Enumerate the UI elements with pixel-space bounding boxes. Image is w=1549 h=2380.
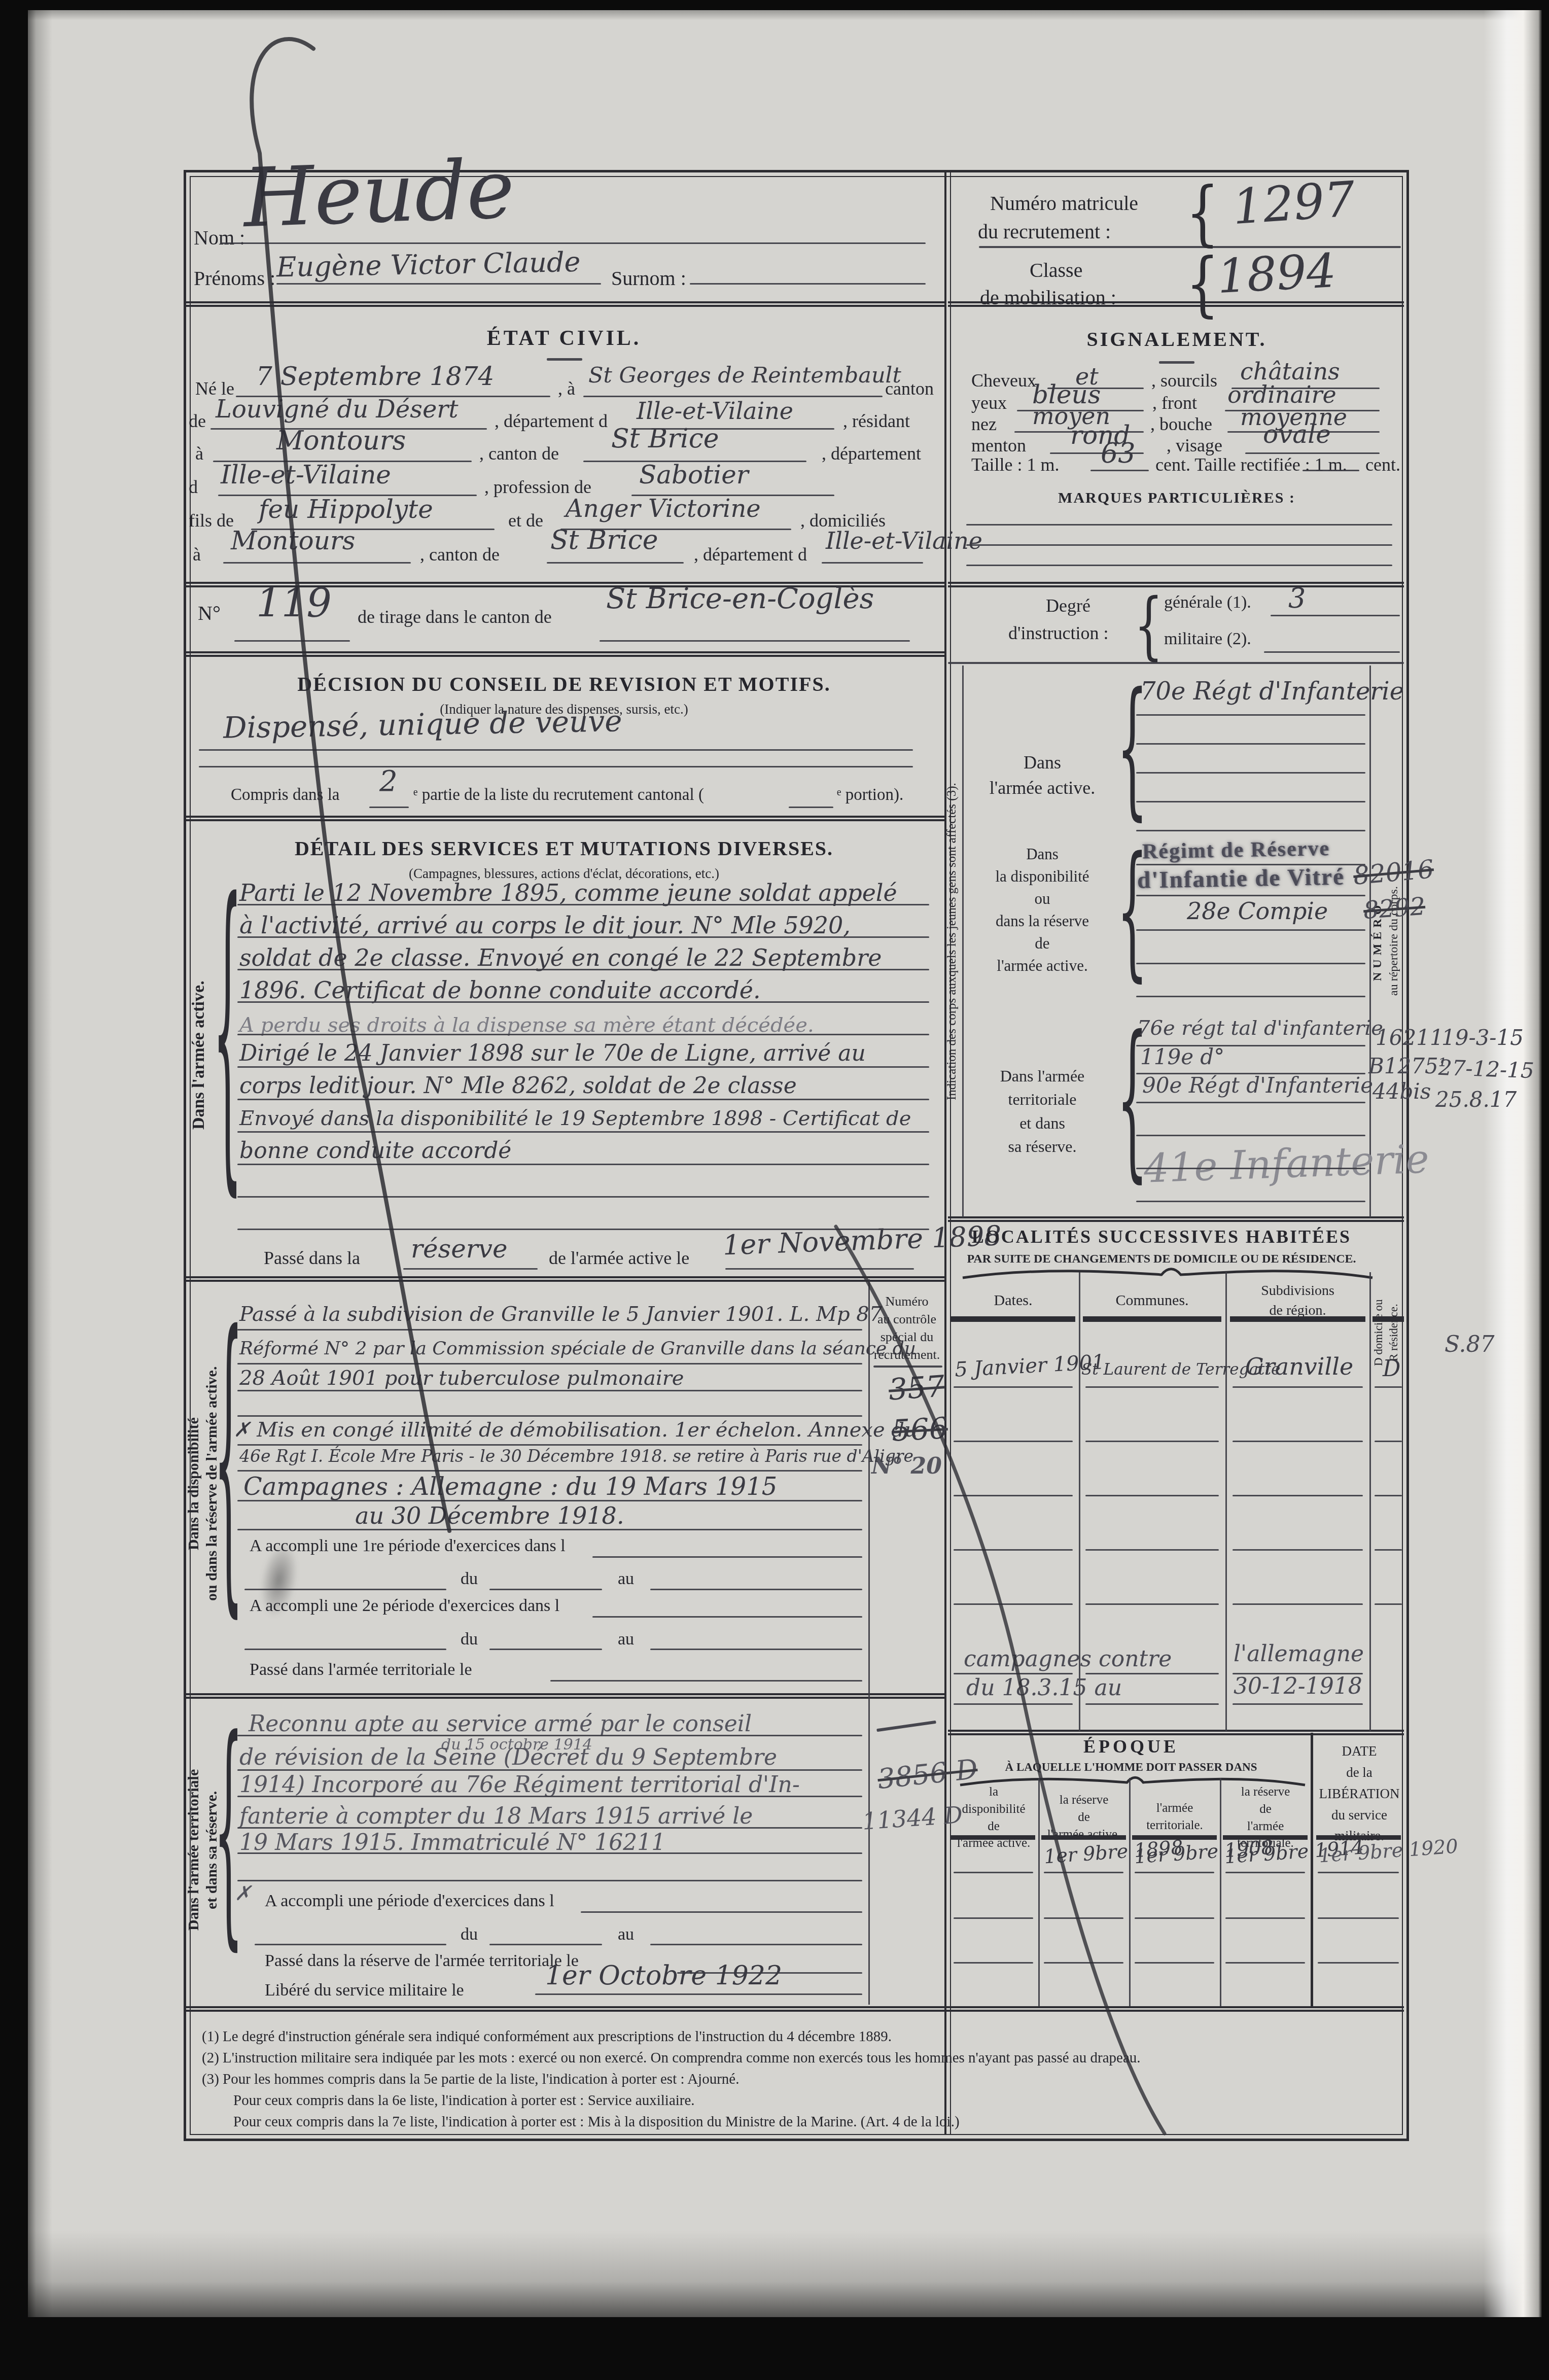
du-label: du	[461, 1926, 478, 1944]
divider	[948, 1216, 1404, 1218]
corps-compagnie: 28e Compie	[1187, 899, 1328, 923]
corps-terr-num3: 44bis	[1372, 1080, 1431, 1103]
de-label: de	[189, 412, 206, 431]
prenoms-value: Eugène Victor Claude	[276, 248, 581, 282]
rule	[1233, 1673, 1363, 1674]
rule	[1318, 1962, 1399, 1964]
rule	[1225, 1872, 1305, 1873]
rule	[1136, 772, 1365, 774]
libere-value: 1er Octobre 1922	[545, 1962, 782, 1990]
libere-label: Libéré du service militaire le	[265, 1981, 464, 2000]
corps-active-label: Dans l'armée active.	[969, 750, 1116, 801]
rule	[237, 1363, 862, 1364]
rule	[1085, 1549, 1219, 1551]
rule	[237, 1470, 862, 1472]
rule	[1090, 470, 1149, 471]
corps-terr-date3: 25.8.17	[1435, 1089, 1517, 1111]
brace: {	[214, 1299, 243, 1621]
rule	[690, 283, 926, 285]
commune-residence: Montours	[276, 427, 406, 455]
compris-value: 2	[379, 767, 398, 797]
commune-parents: Montours	[231, 528, 355, 554]
classe-value: 1894	[1216, 247, 1337, 302]
cent-label: cent.	[1365, 456, 1400, 475]
brace: {	[1186, 179, 1219, 249]
rule	[237, 1196, 929, 1198]
departement3: Ille-et-Vilaine	[826, 529, 982, 553]
visage-label: , visage	[1167, 436, 1222, 456]
rule	[966, 565, 1392, 566]
canton-naissance: Louvigné du Désert	[216, 397, 459, 422]
rule	[600, 640, 910, 642]
corps-terr-entry2: 119e d°	[1140, 1046, 1224, 1068]
periode1-label: A accompli une 1re période d'exercices d…	[250, 1537, 566, 1555]
footnote-2: (2) L'instruction militaire sera indiqué…	[202, 2050, 1141, 2066]
divider	[186, 651, 944, 653]
degre-militaire-label: militaire (2).	[1164, 630, 1251, 648]
rule	[954, 1962, 1033, 1964]
residant-label: , résidant	[843, 412, 910, 431]
rule	[1225, 1917, 1305, 1919]
rule	[1245, 452, 1380, 454]
footnote-3: (3) Pour les hommes compris dans la 5e p…	[202, 2072, 739, 2087]
rule	[725, 1268, 914, 1270]
departement-label: , département d	[495, 412, 608, 431]
corps-terr-num2: B1275¹	[1368, 1055, 1447, 1077]
rule	[1085, 1495, 1219, 1496]
repertoire-label-2: au répertoire du corps.	[1388, 670, 1400, 1212]
departement-label: , département	[822, 444, 921, 464]
rule	[581, 1911, 862, 1913]
rule	[1302, 470, 1359, 471]
rule	[650, 1589, 862, 1590]
rule	[489, 1589, 602, 1590]
nom-label: Nom :	[194, 227, 245, 249]
header-bar	[1041, 1835, 1126, 1840]
rule	[789, 807, 833, 808]
rule	[489, 1649, 602, 1650]
rule	[1136, 743, 1365, 745]
flourish	[960, 1264, 1376, 1281]
rule	[237, 1735, 862, 1736]
header-bar	[1372, 1316, 1404, 1322]
service-line: bonne conduite accordé	[239, 1139, 511, 1163]
dispo-line: 28 Août 1901 pour tuberculose pulmonaire	[239, 1368, 684, 1389]
corps-terr-entry3: 90e Régt d'Infanterie	[1142, 1074, 1373, 1097]
rule	[550, 1680, 862, 1682]
brace: {	[1186, 250, 1219, 320]
localites-title: LOCALITÉS SUCCESSIVES HABITÉES	[959, 1228, 1364, 1247]
et-de-label: et de	[508, 511, 543, 531]
epoque-subtitle: À LAQUELLE L'HOMME DOIT PASSER DANS	[959, 1761, 1304, 1773]
corps-num-1: 82016	[1352, 856, 1435, 889]
lieu-naissance: St Georges de Reintembault	[588, 364, 901, 387]
decision-title: DÉCISION DU CONSEIL DE REVISION ET MOTIF…	[209, 674, 919, 695]
departement2: Ille-et-Vilaine	[221, 462, 391, 488]
a-label: à	[193, 545, 201, 565]
passe-reserve-value1: réserve	[411, 1236, 507, 1263]
rule	[954, 1495, 1073, 1496]
rule	[1044, 1917, 1123, 1919]
rule	[1375, 1549, 1402, 1551]
front-label: , front	[1152, 394, 1197, 413]
rule	[199, 766, 913, 767]
passe-reserve-label2: de l'armée active le	[549, 1249, 689, 1268]
fils-label: fils de	[189, 511, 234, 531]
footnote-5: Pour ceux compris dans la 7e liste, l'in…	[233, 2114, 960, 2129]
rule	[1271, 615, 1400, 616]
signalement-title: SIGNALEMENT.	[974, 329, 1380, 350]
rule	[1136, 1135, 1365, 1136]
rule	[223, 562, 411, 564]
service-line: Parti le 12 Novembre 1895, comme jeune s…	[239, 881, 897, 905]
degre-generale-label: générale (1).	[1164, 593, 1251, 612]
footnote-4: Pour ceux compris dans la 6e liste, l'in…	[233, 2093, 695, 2108]
rule	[954, 1603, 1073, 1605]
rule	[592, 1616, 862, 1618]
rule	[237, 1827, 862, 1829]
controle-num1: 357	[888, 1371, 946, 1405]
menton-label: menton	[971, 436, 1026, 456]
header-bar	[950, 1835, 1035, 1840]
rule	[1085, 1441, 1219, 1442]
mere: Anger Victorine	[566, 496, 761, 521]
rule	[1044, 1872, 1123, 1873]
rule	[237, 936, 929, 938]
rule	[1136, 1073, 1365, 1074]
epoque-col1-header: la disponibilité de l'armée active.	[950, 1783, 1037, 1852]
rule	[221, 242, 926, 244]
epoque-col-line	[1038, 1778, 1040, 2006]
matricule-label2: du recrutement :	[978, 221, 1111, 242]
rule	[822, 562, 923, 564]
decision-motif: Dispensé, unique de veuve	[223, 706, 622, 744]
degre-label2: d'instruction :	[1008, 624, 1108, 643]
campagne-text-1a: campagnes contre	[964, 1648, 1172, 1671]
profession: Sabotier	[639, 462, 749, 488]
corps-terr-label: Dans l'armée territoriale et dans sa rés…	[969, 1064, 1116, 1159]
divider	[186, 1276, 944, 1278]
rule	[237, 1001, 929, 1003]
rule	[255, 1944, 446, 1945]
yeux-label: yeux	[971, 394, 1007, 413]
rule	[237, 1415, 862, 1417]
rule	[1318, 1917, 1399, 1919]
compris-label3: ᵉ portion).	[837, 786, 903, 804]
sidebar-disponibilite-1: Dans la disponibilité	[186, 1283, 202, 1684]
canton-label: , canton de	[420, 545, 500, 565]
title-dash	[1159, 361, 1194, 364]
tirage-texte: de tirage dans le canton de	[358, 608, 552, 627]
marques-title: MARQUES PARTICULIÈRES :	[994, 490, 1359, 506]
rule	[1044, 1962, 1123, 1964]
departement1: Ille-et-Vilaine	[637, 399, 793, 423]
rule	[1135, 1872, 1214, 1873]
footnote-1: (1) Le degré d'instruction générale sera…	[202, 2029, 892, 2044]
corps-terr-faded: 41e Infanterie	[1143, 1139, 1430, 1190]
rule	[237, 1769, 862, 1771]
rule	[1233, 1441, 1363, 1442]
divider	[186, 301, 944, 303]
corps-active-value: 70e Régt d'Infanterie	[1140, 679, 1404, 704]
taille-label: Taille : 1 m.	[971, 456, 1059, 475]
taille-value: 63	[1101, 439, 1136, 468]
terr-line: 19 Mars 1915. Immatriculé N° 16211	[239, 1831, 665, 1854]
passe-reserve-label1: Passé dans la	[264, 1249, 360, 1268]
rule	[873, 1366, 942, 1368]
surnom-label: Surnom :	[611, 268, 686, 289]
rule	[1375, 1603, 1402, 1605]
rule	[199, 749, 913, 751]
corps-left-line	[962, 666, 964, 1217]
rule	[954, 1872, 1033, 1873]
matricule-label: Numéro matricule	[990, 193, 1138, 214]
degre-generale-value: 3	[1288, 584, 1306, 613]
etat-civil-title: ÉTAT CIVIL.	[361, 327, 767, 349]
service-line: 1896. Certificat de bonne conduite accor…	[239, 978, 761, 1002]
rule	[237, 1880, 862, 1881]
divider	[186, 816, 944, 818]
service-line: à l'activité, arrivé au corps le dit jou…	[239, 913, 851, 937]
page-edge-curl	[1484, 10, 1542, 2317]
rule	[1136, 801, 1365, 802]
rule	[966, 524, 1392, 526]
corps-dispo-label: Dans la disponibilité ou dans la réserve…	[969, 843, 1116, 977]
compris-label1: Compris dans la	[231, 786, 339, 804]
rule	[1233, 1549, 1363, 1551]
rule	[1136, 714, 1365, 716]
localites-col-line	[1225, 1272, 1227, 1731]
rule	[237, 904, 929, 905]
date-liberation-header: DATE de la LIBÉRATION du service militai…	[1315, 1741, 1404, 1847]
corps-marge-gauche: Indication des corps auxquels les jeunes…	[945, 669, 959, 1214]
rule	[237, 1034, 929, 1035]
brace: {	[214, 1710, 243, 1954]
stamp-regiment-reserve: Régimt de Réserve	[1142, 837, 1330, 863]
rule	[592, 1556, 862, 1558]
rule	[237, 1444, 862, 1446]
taille-rectifiee-label: cent. Taille rectifiée : 1 m.	[1155, 456, 1347, 475]
rule	[1085, 1603, 1219, 1605]
corps-terr-date1: 19-3-15	[1441, 1027, 1524, 1049]
rule	[1085, 1386, 1219, 1388]
rule	[954, 1386, 1073, 1388]
service-line: A perdu ses droits à la dispense sa mère…	[239, 1014, 814, 1036]
classe-label2: de mobilisation :	[980, 287, 1116, 308]
stamp-infanterie-vitre: d'Infantie de Vitré	[1137, 864, 1345, 893]
localite-marge-num: S.87	[1445, 1333, 1495, 1356]
divider	[948, 582, 1404, 584]
dispo-line: Passé à la subdivision de Granville le 5…	[239, 1304, 882, 1325]
a-label: , à	[558, 379, 575, 399]
epoque-col-line	[1220, 1778, 1221, 2006]
rule	[244, 1589, 446, 1590]
campagne-text-2a: du 18.3.15 au	[966, 1676, 1122, 1700]
tirage-numero: 119	[256, 583, 332, 625]
a-label: à	[195, 444, 203, 464]
rule	[403, 1268, 538, 1270]
bouche-label: , bouche	[1150, 415, 1212, 434]
rule	[237, 1529, 862, 1530]
terr-periode-label: A accompli une période d'exercices dans …	[265, 1892, 554, 1910]
rule	[1136, 996, 1365, 997]
prenoms-label: Prénoms :	[194, 268, 275, 289]
terr-line: Reconnu apte au service armé par le cons…	[249, 1712, 752, 1736]
nez-label: nez	[971, 415, 997, 434]
sourcils-label: , sourcils	[1151, 371, 1217, 391]
rule	[489, 1944, 602, 1945]
dispo-line: ✗ Mis en congé illimité de démobilisatio…	[233, 1419, 918, 1441]
terr-marque: ✗	[234, 1883, 252, 1904]
rule	[1136, 830, 1365, 831]
du-label: du	[461, 1630, 478, 1649]
rule	[1136, 895, 1365, 896]
rule	[535, 1993, 862, 1995]
terr-line: fanterie à compter du 18 Mars 1915 arriv…	[239, 1805, 753, 1828]
rule	[954, 1441, 1073, 1442]
col-communes-header: Communes.	[1083, 1292, 1221, 1309]
rule	[954, 1549, 1073, 1551]
cheveux-label: Cheveux	[971, 371, 1036, 391]
rule	[1135, 1962, 1214, 1964]
rule	[237, 1796, 862, 1797]
header-bar	[1083, 1316, 1221, 1322]
rule	[1375, 1495, 1402, 1496]
rule	[237, 1390, 862, 1391]
rule	[954, 1673, 1073, 1674]
campagne-text-2b: 30-12-1918	[1234, 1675, 1362, 1698]
au-label: au	[618, 1570, 634, 1588]
corps-num-2: 8292	[1362, 894, 1426, 924]
divider	[948, 662, 1404, 664]
service-line: Envoyé dans la disponibilité le 19 Septe…	[239, 1108, 911, 1129]
rule	[1136, 1102, 1365, 1103]
rule	[1136, 1168, 1365, 1169]
canton-label: , canton de	[479, 444, 559, 464]
rule	[547, 562, 684, 564]
sidebar-territoriale-1: Dans l'armée territoriale	[186, 1700, 202, 2000]
rule	[1136, 963, 1365, 964]
passe-reserve-terr-label: Passé dans la réserve de l'armée territo…	[265, 1952, 579, 1970]
divider	[948, 1730, 1404, 1732]
tirage-no-label: N°	[198, 603, 221, 624]
rule	[650, 1649, 862, 1650]
rule	[1375, 1441, 1402, 1442]
localite-dr: D	[1383, 1357, 1400, 1381]
epoque-col3-header: l'armée territoriale.	[1132, 1800, 1218, 1834]
epoque-title: ÉPOQUE	[959, 1737, 1304, 1757]
tirage-canton: St Brice-en-Coglès	[606, 584, 874, 614]
rule	[1225, 1962, 1305, 1964]
rule	[237, 1066, 929, 1068]
service-line: corps ledit jour. N° Mle 8262, soldat de…	[239, 1074, 797, 1098]
rule	[1233, 1603, 1363, 1605]
corps-terr-num1: 16211	[1376, 1027, 1444, 1049]
localites-col-line	[1369, 1272, 1371, 1731]
rule	[1136, 1045, 1365, 1046]
rule	[1264, 651, 1400, 653]
repertoire-label-1: NUMÉRO	[1371, 670, 1384, 1212]
header-bar	[1230, 1316, 1365, 1322]
rule	[234, 640, 350, 642]
title-dash	[547, 358, 582, 361]
dispo-line: au 30 Décembre 1918.	[355, 1503, 624, 1528]
rule	[237, 969, 929, 970]
localite-subdivision: Granville	[1245, 1354, 1353, 1379]
rule	[1375, 1386, 1402, 1388]
rule	[276, 283, 601, 285]
brace: {	[1134, 588, 1163, 662]
au-label: au	[618, 1630, 634, 1649]
sourcils-value: châtains	[1240, 359, 1340, 383]
dispo-line: Campagnes : Allemagne : du 19 Mars 1915	[243, 1474, 777, 1499]
rule	[1085, 1703, 1219, 1705]
rule	[1136, 1201, 1365, 1202]
pere: feu Hippolyte	[259, 496, 433, 523]
rule	[650, 1944, 862, 1945]
corps-terr-entry1: 76e régt tal d'infanterie	[1137, 1018, 1383, 1039]
au-label: au	[618, 1926, 634, 1944]
services-title: DÉTAIL DES SERVICES ET MUTATIONS DIVERSE…	[209, 838, 919, 859]
service-line: Dirigé le 24 Janvier 1898 sur le 70e de …	[239, 1042, 866, 1065]
rule	[1233, 1386, 1363, 1388]
d-label: d	[189, 478, 198, 497]
date-naissance: 7 Septembre 1874	[256, 363, 494, 390]
scanned-military-register-page: Nom : Heude Prénoms : Eugène Victor Clau…	[0, 0, 1549, 2380]
canton-word: canton	[885, 379, 934, 399]
canton-residence: St Brice	[611, 425, 719, 453]
service-line: soldat de 2e classe. Envoyé en congé le …	[239, 946, 882, 970]
sidebar-armee-active: Dans l'armée active.	[190, 842, 208, 1268]
epoque-col-line	[1129, 1778, 1131, 2006]
passe-territoriale-label: Passé dans l'armée territoriale le	[250, 1661, 472, 1679]
rule	[1318, 1872, 1399, 1873]
brace: {	[213, 865, 242, 1200]
corps-terr-date2: 27-12-15	[1438, 1057, 1534, 1082]
rule	[237, 1164, 929, 1165]
controle-column-line	[868, 1279, 870, 2005]
nom-value: Heude	[242, 147, 516, 241]
terr-num2: 11344 D	[862, 1802, 964, 1834]
rule	[1233, 1495, 1363, 1496]
compris-label2: ᵉ partie de la liste du recrutement cant…	[413, 786, 704, 804]
campagne-text-1b: l'allemagne	[1234, 1642, 1364, 1666]
visage-value: ovale	[1263, 421, 1331, 448]
terr-line: 1914) Incorporé au 76e Régiment territor…	[239, 1773, 800, 1797]
rule	[954, 1917, 1033, 1919]
rule	[237, 1329, 862, 1331]
dispo-line: Réformé N° 2 par la Commission spéciale …	[239, 1339, 916, 1358]
du-label: du	[461, 1570, 478, 1588]
degre-label1: Degré	[1046, 597, 1090, 616]
rule	[1136, 864, 1365, 865]
canton-parents: St Brice	[550, 527, 658, 554]
rule	[237, 1500, 862, 1501]
col-subdivisions-header: Subdivisions de région.	[1230, 1281, 1365, 1320]
rule	[237, 1852, 862, 1854]
epoque-date-divider	[1311, 1733, 1313, 2006]
rule	[237, 1131, 929, 1133]
rule	[1085, 1673, 1219, 1674]
col-dates-header: Dates.	[951, 1292, 1075, 1309]
terr-line: de révision de la Seine (Décret du 9 Sep…	[239, 1746, 777, 1769]
classe-label: Classe	[1030, 260, 1082, 281]
divider	[186, 1693, 944, 1695]
rule	[954, 1703, 1073, 1705]
divider	[186, 2006, 1404, 2008]
rule	[1135, 1917, 1214, 1919]
rule	[966, 544, 1392, 546]
